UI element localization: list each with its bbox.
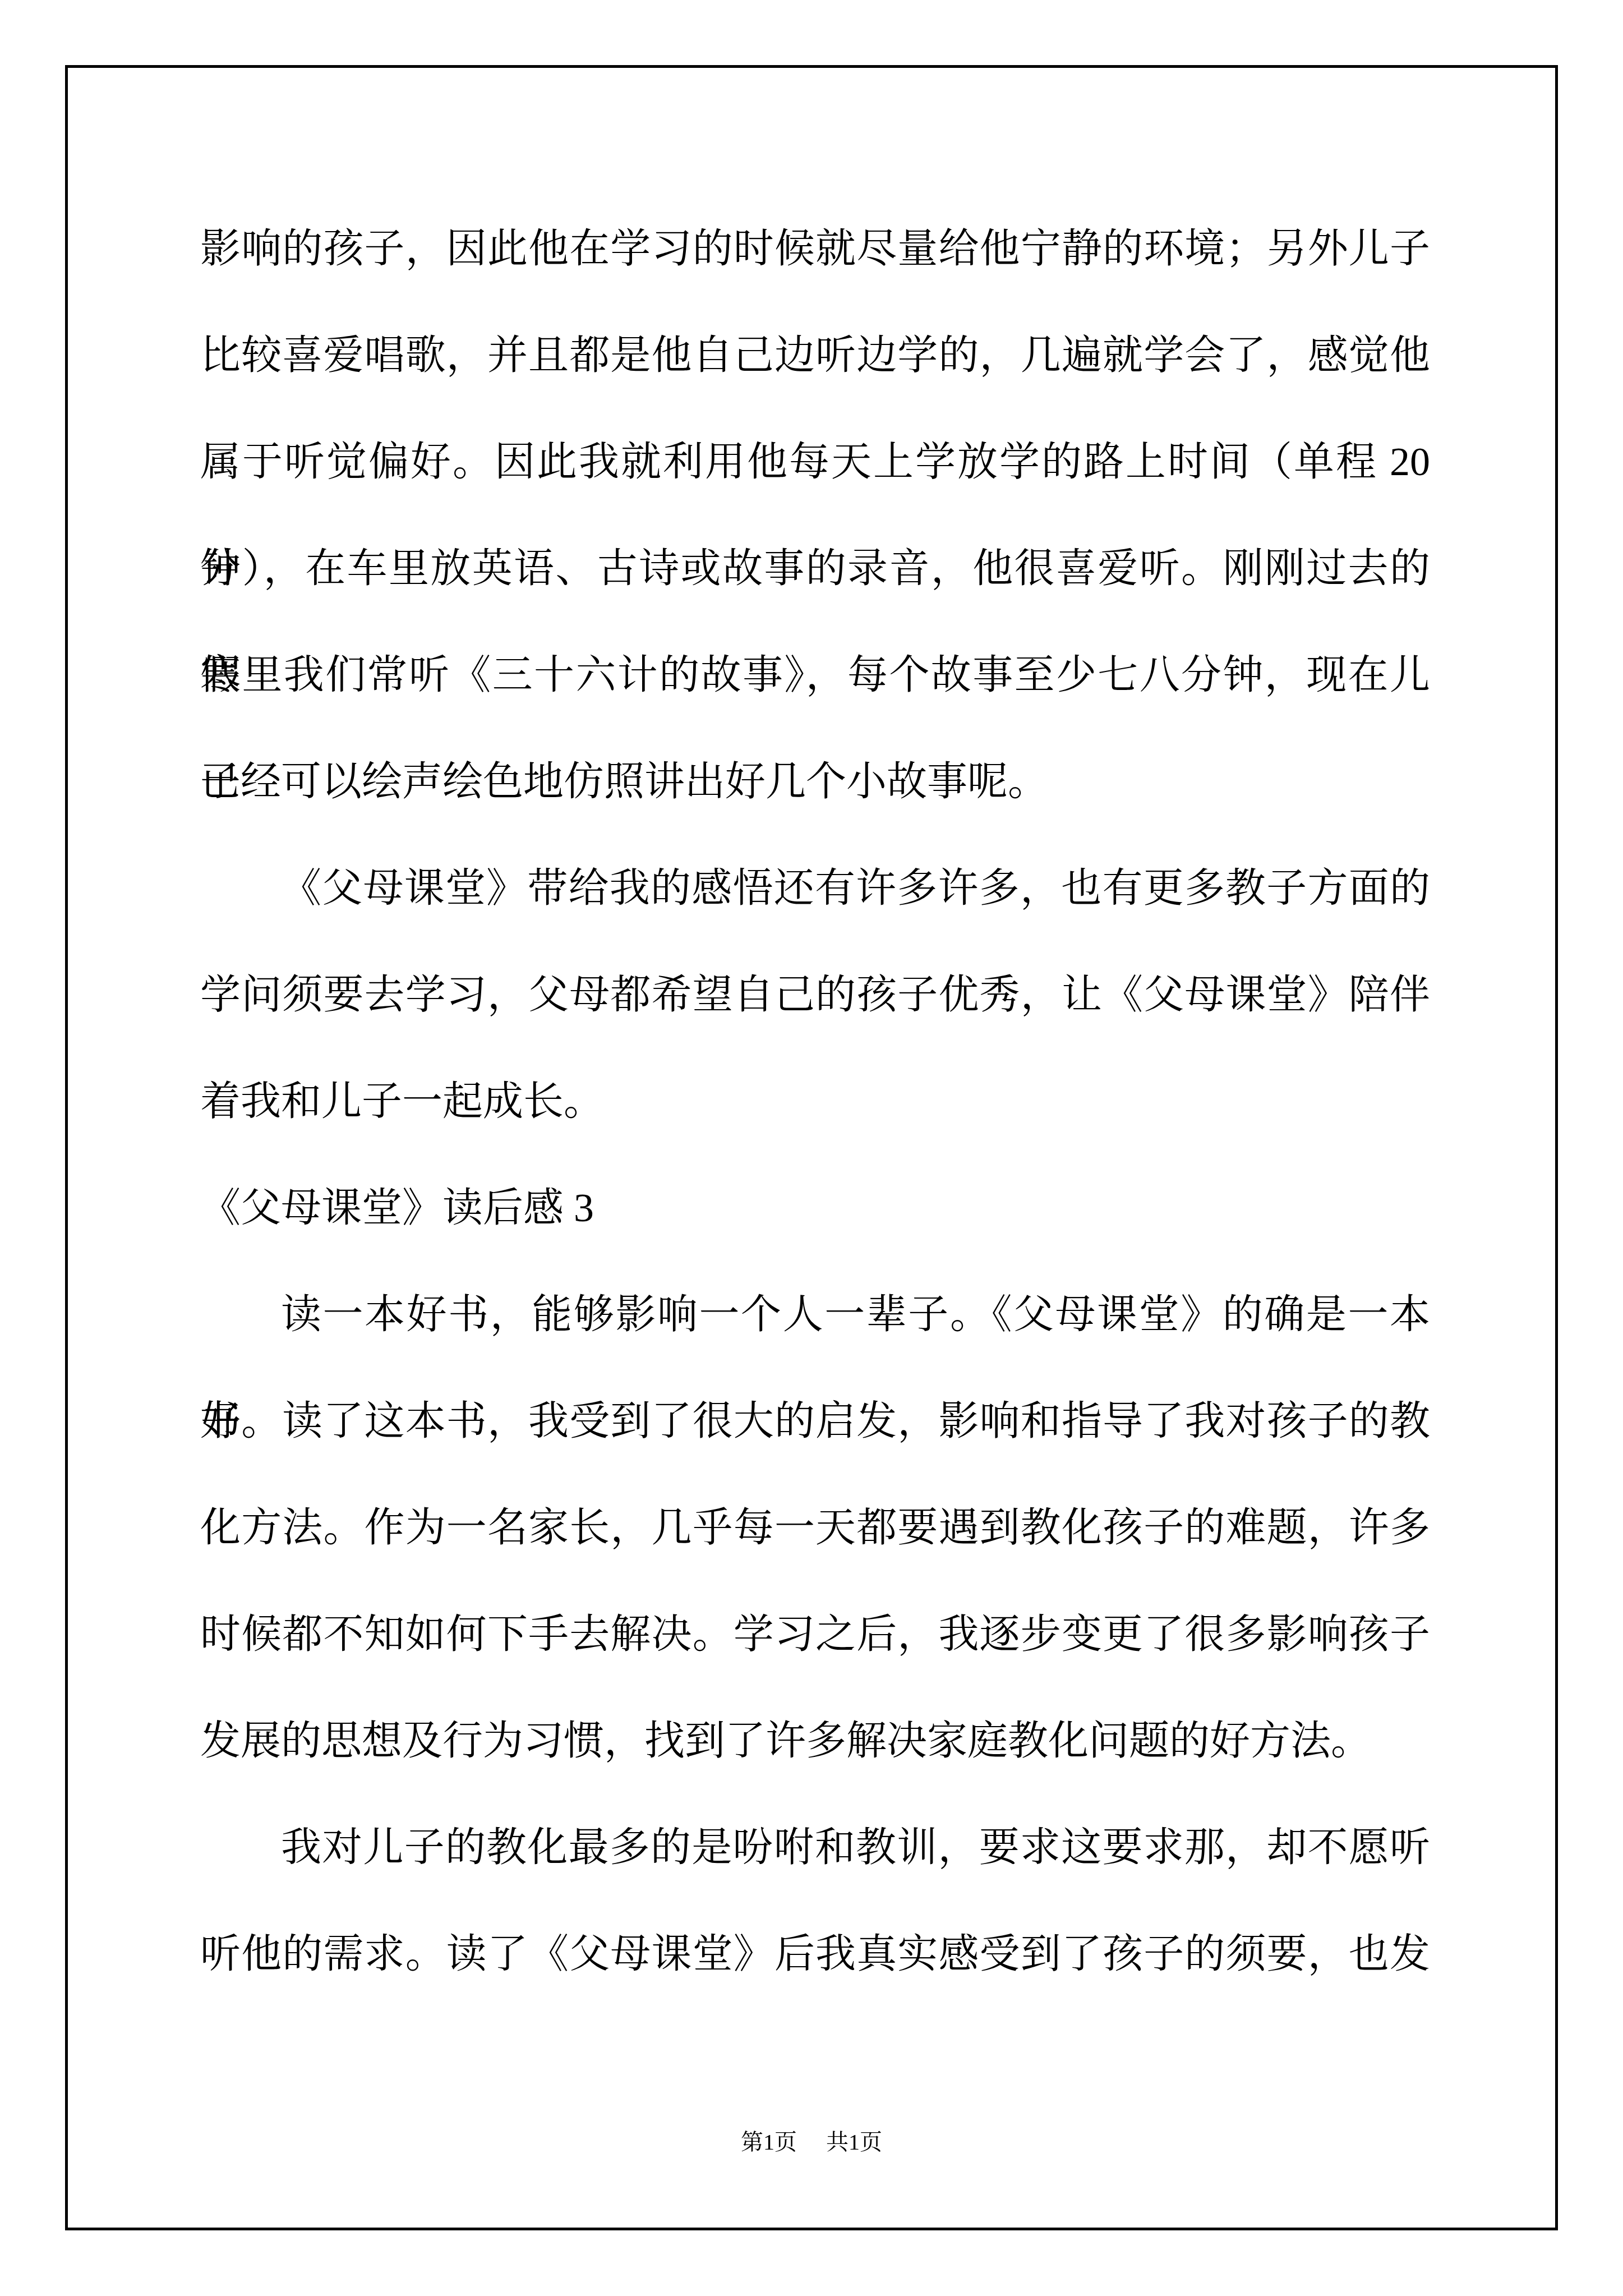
text-line: 听他的需求。读了《父母课堂》后我真实感受到了孩子的须要，也发 (200, 1901, 1430, 2007)
footer-page-total: 共1页 (826, 2129, 882, 2155)
section-heading: 《父母课堂》读后感 3 (200, 1154, 1430, 1261)
page-footer: 第1页共1页 (0, 2129, 1623, 2155)
text-line: 书。读了这本书，我受到了很大的启发，影响和指导了我对孩子的教 (200, 1368, 1430, 1474)
text-line: 假里我们常听《三十六计的故事》，每个故事至少七八分钟，现在儿子 (200, 622, 1430, 728)
text-line: 钟），在车里放英语、古诗或故事的录音，他很喜爱听。刚刚过去的寒 (200, 515, 1430, 622)
text-line: 时候都不知如何下手去解决。学习之后，我逐步变更了很多影响孩子 (200, 1581, 1430, 1687)
document-page: 影响的孩子，因此他在学习的时候就尽量给他宁静的环境；另外儿子比较喜爱唱歌，并且都… (0, 0, 1623, 2296)
text-line: 着我和儿子一起成长。 (200, 1048, 1430, 1154)
paragraph-sons-education: 我对儿子的教化最多的是吩咐和教训，要求这要求那，却不愿听听他的需求。读了《父母课… (200, 1794, 1430, 2007)
paragraph-continued: 影响的孩子，因此他在学习的时候就尽量给他宁静的环境；另外儿子比较喜爱唱歌，并且都… (200, 195, 1430, 835)
text-line: 已经可以绘声绘色地仿照讲出好几个小故事呢。 (200, 728, 1430, 835)
paragraph-good-book: 读一本好书，能够影响一个人一辈子。《父母课堂》的确是一本好书。读了这本书，我受到… (200, 1261, 1430, 1794)
text-line: 我对儿子的教化最多的是吩咐和教训，要求这要求那，却不愿听 (200, 1794, 1430, 1901)
footer-page-number: 第1页 (741, 2129, 797, 2155)
text-line: 属于听觉偏好。因此我就利用他每天上学放学的路上时间（单程 20 分 (200, 408, 1430, 515)
text-line: 化方法。作为一名家长，几乎每一天都要遇到教化孩子的难题，许多 (200, 1474, 1430, 1581)
text-line: 比较喜爱唱歌，并且都是他自己边听边学的，几遍就学会了，感觉他 (200, 302, 1430, 408)
text-line: 发展的思想及行为习惯，找到了许多解决家庭教化问题的好方法。 (200, 1687, 1430, 1794)
document-body: 影响的孩子，因此他在学习的时候就尽量给他宁静的环境；另外儿子比较喜爱唱歌，并且都… (200, 195, 1430, 2007)
text-line: 《父母课堂》带给我的感悟还有许多许多，也有更多教子方面的 (200, 835, 1430, 941)
paragraph-gains: 《父母课堂》带给我的感悟还有许多许多，也有更多教子方面的学问须要去学习，父母都希… (200, 835, 1430, 1154)
text-line: 学问须要去学习，父母都希望自己的孩子优秀，让《父母课堂》陪伴 (200, 941, 1430, 1048)
text-line: 读一本好书，能够影响一个人一辈子。《父母课堂》的确是一本好 (200, 1261, 1430, 1368)
text-line: 影响的孩子，因此他在学习的时候就尽量给他宁静的环境；另外儿子 (200, 195, 1430, 302)
text-line: 《父母课堂》读后感 3 (200, 1154, 1430, 1261)
